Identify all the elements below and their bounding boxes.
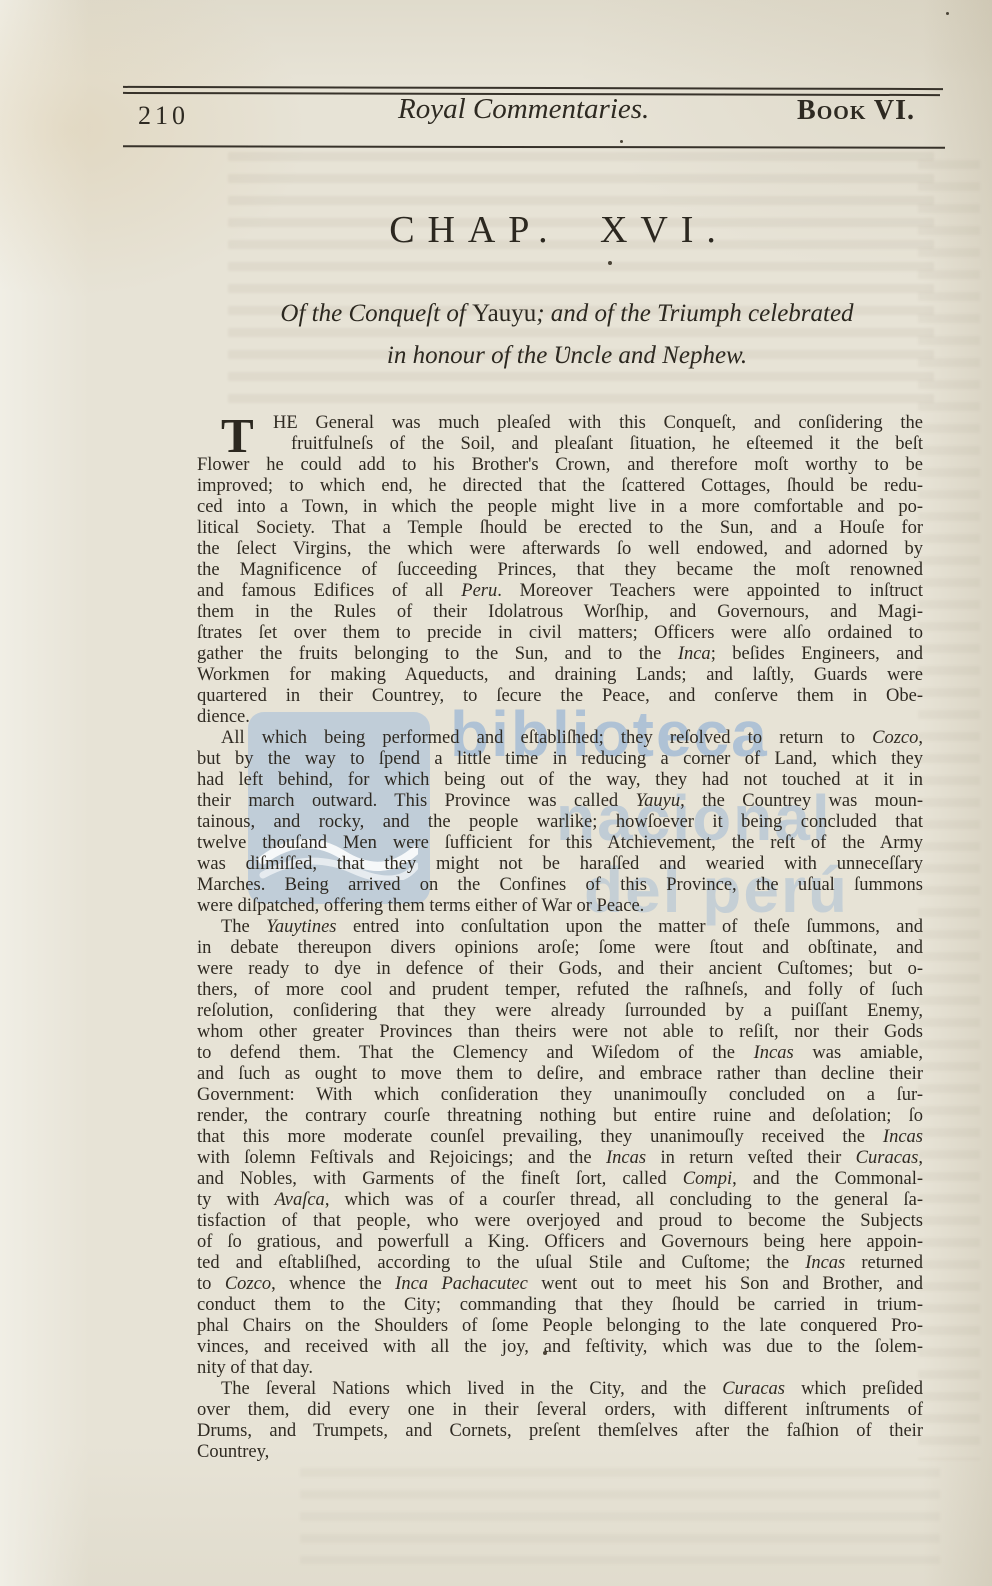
body-line: Marches. Being arrived on the Confines o… [197, 875, 923, 896]
body-line: All which being performed and eſtabliſhe… [197, 728, 923, 749]
body-line: ced into a Town, in which the people mig… [197, 497, 923, 518]
catchword: Countrey, [197, 1442, 923, 1463]
body-line: with ſolemn Feſtivals and Rejoicings; an… [197, 1148, 923, 1169]
running-title: Royal Commentaries. [398, 93, 649, 126]
body-line: tainous, and rocky, and the people warli… [197, 812, 923, 833]
body-line: quartered in their Countrey, to ſecure t… [197, 686, 923, 707]
body-line: twelve thouſand Men were ſufficient for … [197, 833, 923, 854]
body-line: Flower he could add to his Brother's Cro… [197, 455, 923, 476]
body-line: thers, of more cool and prudent temper, … [197, 980, 923, 1001]
ink-speck [608, 261, 612, 265]
body-line: nity of that day. [197, 1358, 923, 1379]
body-line: of ſo gratious, and powerfull a King. Of… [197, 1232, 923, 1253]
body-line: vinces, and received with all the joy, a… [197, 1337, 923, 1358]
body-line: and famous Edifices of all Peru. Moreove… [197, 581, 923, 602]
body-line: but by the way to ſpend a little time in… [197, 749, 923, 770]
chapter-subtitle: Of the Conqueſt of Yauyu; and of the Tri… [205, 293, 929, 377]
body-line: in debate thereupon divers opinions aroſ… [197, 938, 923, 959]
body-line: The Yauytines entred into conſultation u… [197, 917, 923, 938]
body-line: Government: With which conſideration the… [197, 1085, 923, 1106]
body-line: dience. [197, 707, 923, 728]
body-line: and Nobles, with Garments of the fineſt … [197, 1169, 923, 1190]
chapter-subtitle-line: in honour of the Ʋncle and Nephew. [205, 335, 929, 377]
body-line: render, the contrary courſe threatning n… [197, 1106, 923, 1127]
book-label: Book VI. [797, 95, 915, 127]
body-line: ſtrates ſet over them to precide in civi… [197, 623, 923, 644]
body-line: was diſmiſſed, that they might not be ha… [197, 854, 923, 875]
body-line: ty with Avaſca, which was of a courſer t… [197, 1190, 923, 1211]
drop-cap: T [221, 411, 254, 460]
body-line: whom other greater Provinces than theirs… [197, 1022, 923, 1043]
body-line: Workmen for making Aqueducts, and draini… [197, 665, 923, 686]
body-line: their march outward. This Province was c… [197, 791, 923, 812]
ink-speck [946, 12, 949, 15]
body-line: improved; to which end, he directed that… [197, 476, 923, 497]
body-line: over them, did every one in their ſevera… [197, 1400, 923, 1421]
ink-speck [543, 1351, 547, 1355]
body-line: and ſuch as ought to move them to deſire… [197, 1064, 923, 1085]
body-line: The ſeveral Nations which lived in the C… [197, 1379, 923, 1400]
body-line: had left behind, for which being out of … [197, 770, 923, 791]
body-line: Drums, and Trumpets, and Cornets, preſen… [197, 1421, 923, 1442]
body-line: ted and eſtabliſhed, according to the uſ… [197, 1253, 923, 1274]
body-line: that this more moderate counſel prevaili… [197, 1127, 923, 1148]
body-line: tisfaction of that people, who were over… [197, 1211, 923, 1232]
chapter-subtitle-line: Of the Conqueſt of Yauyu; and of the Tri… [205, 293, 929, 335]
body-line: them in the Rules of their Idolatrous Wo… [197, 602, 923, 623]
body-line: litical Society. That a Temple ſhould be… [197, 518, 923, 539]
body-line: were diſpatched, offering them terms eit… [197, 896, 923, 917]
chapter-heading: CHAP. XVI. [197, 208, 921, 252]
body-line: the Magnificence of ſucceeding Princes, … [197, 560, 923, 581]
ink-speck [620, 140, 623, 143]
body-line: fruitfulneſs of the Soil, and pleaſant ſ… [197, 434, 923, 455]
body-line: gather the fruits belonging to the Sun, … [197, 644, 923, 665]
page-number: 210 [138, 101, 189, 131]
body-line: phal Chairs on the Shoulders of ſome Peo… [197, 1316, 923, 1337]
body-line: to defend them. That the Clemency and Wi… [197, 1043, 923, 1064]
body-line: reſolution, conſidering that they were a… [197, 1001, 923, 1022]
body-line: to Cozco, whence the Inca Pachacutec wen… [197, 1274, 923, 1295]
body-line: HE General was much pleaſed with this Co… [197, 413, 923, 434]
body-text-block: T HE General was much pleaſed with this … [197, 413, 923, 1463]
body-line: were ready to dye in defence of their Go… [197, 959, 923, 980]
body-line: the ſelect Virgins, the which were after… [197, 539, 923, 560]
body-line: conduct them to the City; commanding tha… [197, 1295, 923, 1316]
